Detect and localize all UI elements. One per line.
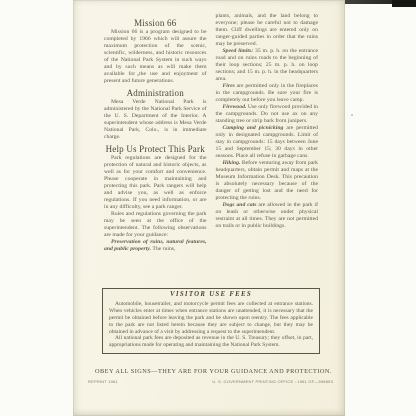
- scanned-brochure-page: Mission 66 Mission 66 is a program desig…: [0, 0, 416, 416]
- visitor-use-fees-heading: VISITOR USE FEES: [109, 292, 313, 299]
- camping-lead: Camping and picnicking: [223, 125, 284, 131]
- fees-paragraph-2: All national park fees are deposited as …: [109, 335, 313, 349]
- dogs-cats-paragraph: Dogs and cats are allowed in the park if…: [216, 202, 319, 230]
- continuation-paragraph: plants, animals, and the land belong to …: [216, 13, 319, 48]
- dogs-cats-lead: Dogs and cats: [223, 202, 257, 208]
- obey-signs-line: OBEY ALL SIGNS—THEY ARE FOR YOUR GUIDANC…: [95, 368, 325, 375]
- gpo-note: U. S. GOVERNMENT PRINTING OFFICE : 1961 …: [212, 379, 333, 384]
- fires-lead: Fires: [223, 83, 235, 89]
- fees-paragraph-1: Automobile, housetrailer, and motorcycle…: [109, 301, 313, 336]
- mission-66-paragraph: Mission 66 is a program designed to be c…: [104, 29, 207, 85]
- administration-heading: Administration: [104, 90, 207, 97]
- right-column: plants, animals, and the land belong to …: [216, 13, 319, 253]
- hiking-lead: Hiking.: [223, 160, 241, 166]
- speed-limits-lead: Speed limits:: [223, 48, 254, 54]
- protect-paragraph-2: Rules and regulations governing the park…: [104, 211, 207, 239]
- speed-limits-paragraph: Speed limits: 35 m. p. h. on the entranc…: [216, 48, 319, 83]
- scan-corner-mark: [392, 0, 416, 7]
- imprint-line: REPRINT 1961 U. S. GOVERNMENT PRINTING O…: [88, 379, 333, 384]
- administration-paragraph: Mesa Verde National Park is administered…: [104, 99, 207, 141]
- scan-speck: [351, 114, 353, 116]
- hiking-paragraph: Hiking. Before venturing away from park …: [216, 160, 319, 202]
- firewood-paragraph: Firewood. Use only firewood provided in …: [216, 104, 319, 125]
- preservation-paragraph: Preservation of ruins, natural features,…: [104, 239, 207, 253]
- protect-paragraph-1: Park regulations are designed for the pr…: [104, 155, 207, 211]
- camping-paragraph: Camping and picnicking are permitted onl…: [216, 125, 319, 160]
- left-column: Mission 66 Mission 66 is a program desig…: [104, 13, 207, 253]
- fires-paragraph: Fires are permitted only in the fireplac…: [216, 83, 319, 104]
- protect-park-heading: Help Us Protect This Park: [104, 146, 207, 153]
- text-columns: Mission 66 Mission 66 is a program desig…: [104, 13, 318, 253]
- hiking-body: Before venturing away from park headquar…: [216, 160, 319, 201]
- mission-66-heading: Mission 66: [104, 20, 207, 27]
- preservation-body: The ruins,: [152, 246, 175, 252]
- firewood-lead: Firewood.: [223, 104, 247, 110]
- reprint-note: REPRINT 1961: [88, 379, 118, 384]
- visitor-use-fees-box: VISITOR USE FEES Automobile, housetraile…: [102, 288, 320, 354]
